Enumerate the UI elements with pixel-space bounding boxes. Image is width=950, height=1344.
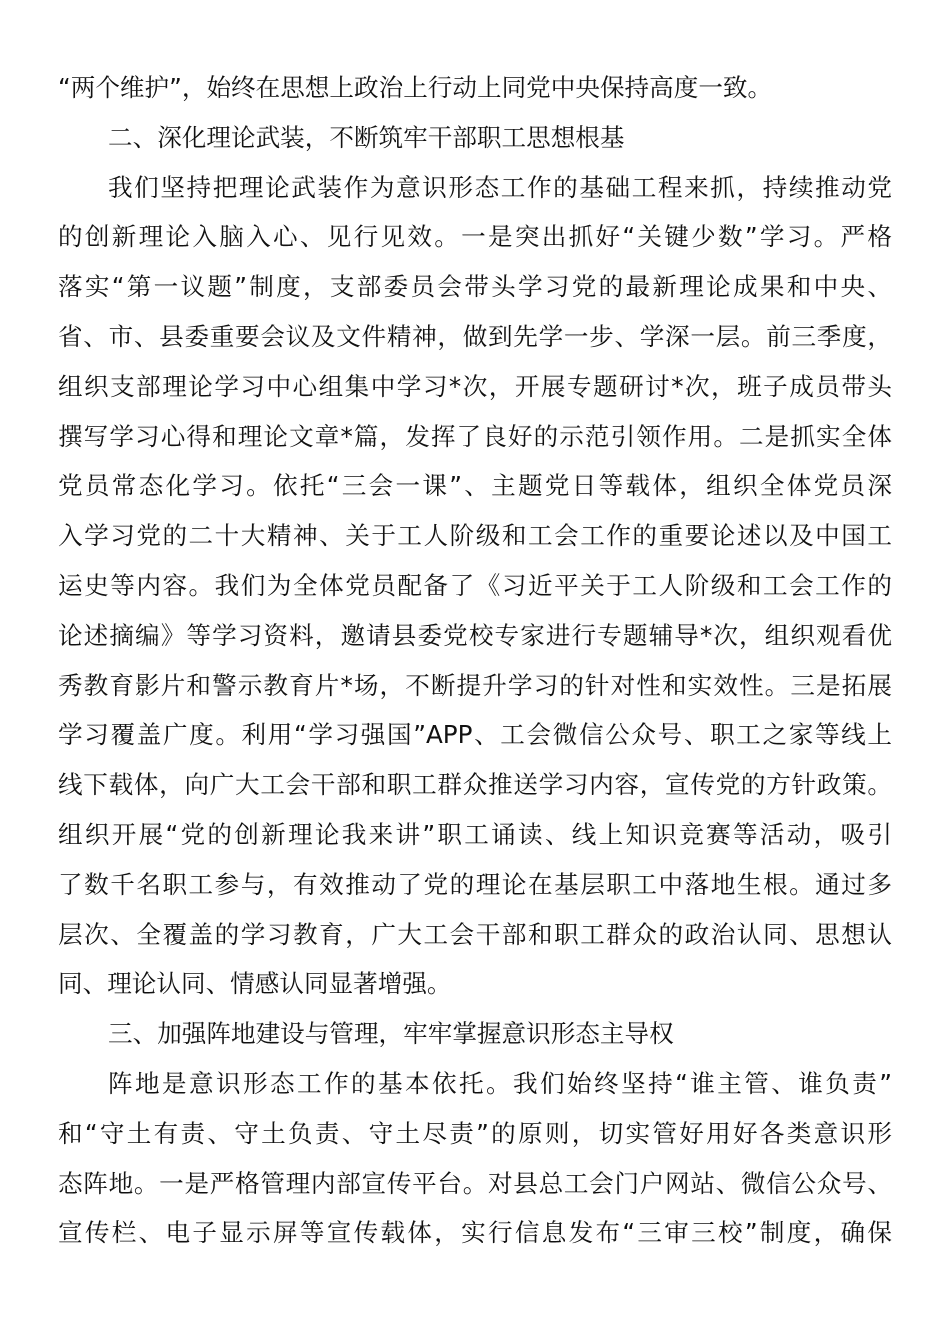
text-line: 了数千名职工参与，有效推动了党的理论在基层职工中落地生根。通过多: [58, 860, 892, 910]
text-line: 组织支部理论学习中心组集中学习*次，开展专题研讨*次，班子成员带头: [58, 362, 892, 412]
text-line: 落实“第一议题”制度，支部委员会带头学习党的最新理论成果和中央、: [58, 262, 892, 312]
text-line: 层次、全覆盖的学习教育，广大工会干部和职工群众的政治认同、思想认: [58, 910, 892, 960]
text-line: “两个维护”，始终在思想上政治上行动上同党中央保持高度一致。: [58, 63, 892, 113]
document-page: “两个维护”，始终在思想上政治上行动上同党中央保持高度一致。 二、深化理论武装，…: [58, 63, 892, 1258]
text-line: 省、市、县委重要会议及文件精神，做到先学一步、学深一层。前三季度，: [58, 312, 892, 362]
text-line: 同、理论认同、情感认同显著增强。: [58, 959, 892, 1009]
text-line: 党员常态化学习。依托“三会一课”、主题党日等载体，组织全体党员深: [58, 461, 892, 511]
text-line: 和“守土有责、守土负责、守土尽责”的原则，切实管好用好各类意识形: [58, 1109, 892, 1159]
text-line: 运史等内容。我们为全体党员配备了《习近平关于工人阶级和工会工作的: [58, 561, 892, 611]
paragraph-theory-study: 我们坚持把理论武装作为意识形态工作的基础工程来抓，持续推动党 的创新理论入脑入心…: [58, 163, 892, 1010]
section-heading-3: 三、加强阵地建设与管理，牢牢掌握意识形态主导权: [58, 1009, 892, 1059]
paragraph-positions-management: 阵地是意识形态工作的基本依托。我们始终坚持“谁主管、谁负责” 和“守土有责、守土…: [58, 1059, 892, 1258]
text-line: 学习覆盖广度。利用“学习强国”APP、工会微信公众号、职工之家等线上: [58, 710, 892, 760]
text-line: 论述摘编》等学习资料，邀请县委党校专家进行专题辅导*次，组织观看优: [58, 611, 892, 661]
section-heading-2: 二、深化理论武装，不断筑牢干部职工思想根基: [58, 113, 892, 163]
text-line: 撰写学习心得和理论文章*篇，发挥了良好的示范引领作用。二是抓实全体: [58, 412, 892, 462]
text-line: 线下载体，向广大工会干部和职工群众推送学习内容，宣传党的方针政策。: [58, 760, 892, 810]
text-line: 组织开展“党的创新理论我来讲”职工诵读、线上知识竞赛等活动，吸引: [58, 810, 892, 860]
text-line: 我们坚持把理论武装作为意识形态工作的基础工程来抓，持续推动党: [58, 163, 892, 213]
text-line: 的创新理论入脑入心、见行见效。一是突出抓好“关键少数”学习。严格: [58, 212, 892, 262]
text-line: 宣传栏、电子显示屏等宣传载体，实行信息发布“三审三校”制度，确保: [58, 1208, 892, 1258]
text-line: 阵地是意识形态工作的基本依托。我们始终坚持“谁主管、谁负责”: [58, 1059, 892, 1109]
paragraph-continuation: “两个维护”，始终在思想上政治上行动上同党中央保持高度一致。: [58, 63, 892, 113]
text-line: 入学习党的二十大精神、关于工人阶级和工会工作的重要论述以及中国工: [58, 511, 892, 561]
text-line: 秀教育影片和警示教育片*场，不断提升学习的针对性和实效性。三是拓展: [58, 661, 892, 711]
text-line: 态阵地。一是严格管理内部宣传平台。对县总工会门户网站、微信公众号、: [58, 1159, 892, 1209]
